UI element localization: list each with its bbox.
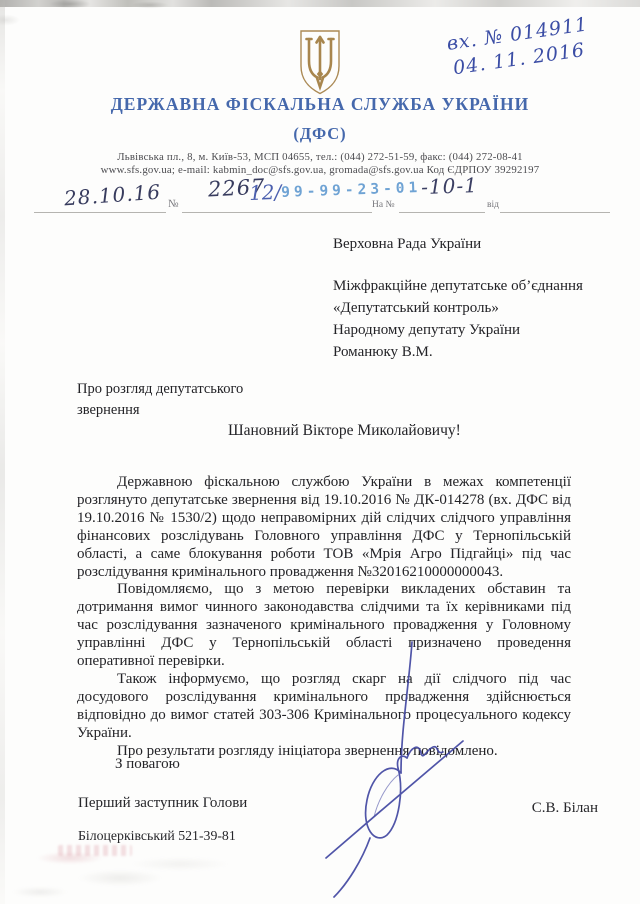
executor-contact: Білоцерківський 521-39-81 bbox=[78, 828, 236, 844]
recipient-association-line1: Міжфракційне депутатське об’єднання bbox=[333, 276, 583, 298]
handwritten-letter-date: 28.10.16 bbox=[63, 180, 162, 211]
tryzub-emblem-icon bbox=[296, 28, 344, 101]
index-handwritten-suffix: -10-1 bbox=[421, 173, 479, 199]
recipient-association: Міжфракційне депутатське об’єднання «Деп… bbox=[333, 276, 583, 319]
recipient-deputy: Народному депутату України Романюку В.М. bbox=[333, 320, 520, 363]
number-underline bbox=[182, 212, 372, 213]
number-sign-label: № bbox=[168, 198, 179, 210]
signer-name: С.В. Білан bbox=[532, 800, 598, 817]
index-handwritten-prefix: 12/ bbox=[249, 180, 282, 205]
letter-body: Державною фіскальною службою України в м… bbox=[77, 474, 571, 761]
handwritten-registration-note: вх. № 014911 04. 11. 2016 bbox=[445, 12, 593, 81]
reply-date-underline bbox=[500, 212, 610, 213]
signer-title: Перший заступник Голови bbox=[78, 795, 247, 812]
from-date-label: від bbox=[487, 200, 499, 210]
org-name: ДЕРЖАВНА ФІСКАЛЬНА СЛУЖБА УКРАЇНИ bbox=[0, 94, 640, 115]
salutation: Шановний Вікторе Миколайовичу! bbox=[228, 422, 461, 440]
org-contacts-line: www.sfs.gov.ua; e-mail: kabmin_doc@sfs.g… bbox=[0, 164, 640, 176]
recipient-deputy-line2: Романюку В.М. bbox=[333, 342, 520, 364]
reply-number-underline bbox=[399, 212, 485, 213]
org-address-line: Львівська пл., 8, м. Київ-53, МСП 04655,… bbox=[0, 151, 640, 163]
closing-phrase: З повагою bbox=[115, 756, 180, 773]
in-reply-to-label: На № bbox=[372, 200, 395, 210]
recipient-deputy-line1: Народному депутату України bbox=[333, 320, 520, 342]
body-paragraph-3: Також інформуємо, що розгляд скарг на ді… bbox=[77, 671, 571, 743]
index-stamped-digits: 99-99-23-01 bbox=[281, 180, 422, 201]
recipient-association-line2: «Депутатський контроль» bbox=[333, 298, 583, 320]
body-paragraph-2: Повідомляємо, що з метою перевірки викла… bbox=[77, 581, 571, 671]
subject-line1: Про розгляд депутатського bbox=[77, 379, 243, 400]
org-abbreviation: (ДФС) bbox=[0, 124, 640, 144]
scanned-letter-page: вх. № 014911 04. 11. 2016 ДЕРЖАВНА ФІСКА… bbox=[0, 0, 640, 904]
date-underline bbox=[34, 212, 166, 213]
ink-bleed-artifact bbox=[58, 845, 132, 856]
subject-line2: звернення bbox=[77, 400, 243, 421]
body-paragraph-1: Державною фіскальною службою України в м… bbox=[77, 474, 571, 581]
subject-block: Про розгляд депутатського звернення bbox=[77, 379, 243, 421]
scan-edge-artifact-top bbox=[0, 0, 640, 7]
recipient-parliament: Верховна Рада України bbox=[333, 234, 481, 256]
document-index-code: 12/99-99-23-01-10-1 bbox=[249, 173, 479, 205]
